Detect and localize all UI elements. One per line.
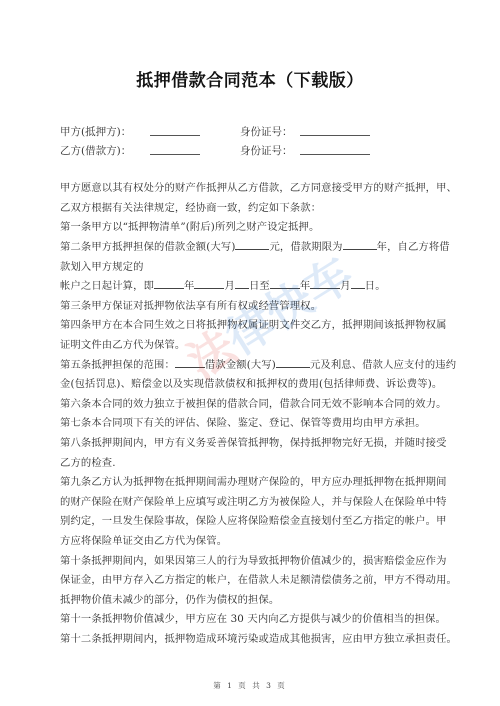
clause-3: 第三条甲方保证对抵押物依法享有所有权或经营管理权。 <box>60 297 321 312</box>
clause-10-line-3: 抵押物价值未减少的部分，仍作为债权的担保。 <box>60 591 279 606</box>
document-title: 抵押借款合同范本（下载版） <box>0 66 500 91</box>
clause-5-line-1: 第五条抵押担保的范围：借款金额(大写)元及利息、借款人应支付的违约 <box>60 356 456 371</box>
year-label-2: 年 <box>300 280 310 292</box>
scope-amount-blank[interactable] <box>276 357 310 368</box>
clause-9-line-3: 别约定，一旦发生保险事故，保险人应将保险赔偿金直接划付至乙方指定的帐户。甲 <box>60 512 447 527</box>
preamble-line-2: 乙双方根据有关法律规定，经协商一致，约定如下条款： <box>60 199 321 214</box>
month-label: 月 <box>224 280 234 292</box>
page-number: 第 1 页 共 3 页 <box>0 680 500 691</box>
clause-2-line-2: 款划入甲方规定的 <box>60 258 144 273</box>
party-a-id-label: 身份证号： <box>240 124 293 139</box>
clause-10-line-1: 第十条抵押期间内，如果因第三人的行为导致抵押物价值减少的，损害赔偿金应作为 <box>60 552 447 567</box>
clause-5-text-c: 元及利息、借款人应支付的违约 <box>310 359 456 371</box>
clause-5-line-2: 金(包括罚息)、赔偿金以及实现借款债权和抵押权的费用(包括律师费、诉讼费等)。 <box>60 375 442 390</box>
start-year-blank[interactable] <box>154 278 184 289</box>
clause-5-text-a: 第五条抵押担保的范围： <box>60 359 175 371</box>
clause-1: 第一条甲方以“抵押物清单”(附后)所列之财产设定抵押。 <box>60 218 319 233</box>
clause-2-text-c: 年，自乙方将借 <box>377 241 450 253</box>
clause-9-line-2: 的财产保险在财产保险单上应填写或注明乙方为被保险人，并与保险人在保险单中特 <box>60 493 447 508</box>
month-label-2: 月 <box>340 280 350 292</box>
clause-11: 第十一条抵押物价值减少，甲方应在 30 天内向乙方提供与减少的价值相当的担保。 <box>60 610 446 625</box>
clause-2-line-1: 第二条甲方抵押担保的借款金额(大写)元，借款期限为年，自乙方将借 <box>60 238 450 253</box>
loan-term-blank[interactable] <box>343 239 377 250</box>
party-a-label: 甲方(抵押方)： <box>60 124 131 139</box>
clause-5-text-b: 借款金额(大写) <box>205 359 276 371</box>
preamble-line-1: 甲方愿意以其有权处分的财产作抵押从乙方借款，乙方同意接受甲方的财产抵押，甲、 <box>60 179 457 194</box>
clause-12: 第十二条抵押期间内，抵押物造成环境污染或造成其他损害，应由甲方独立承担责任。 <box>60 630 457 645</box>
day-label-2: 日。 <box>365 280 386 292</box>
party-a-id-field[interactable] <box>300 124 370 136</box>
end-day-blank[interactable] <box>351 278 365 289</box>
clause-4-line-2: 证明文件由乙方代为保管。 <box>60 336 185 351</box>
clause-9-line-4: 方应将保险单证交由乙方代为保管。 <box>60 532 227 547</box>
loan-amount-blank[interactable] <box>235 239 269 250</box>
clause-10-line-2: 保证金，由甲方存入乙方指定的帐户，在借款人未足额清偿债务之前，甲方不得动用。 <box>60 571 457 586</box>
day-to-label: 日至 <box>249 280 270 292</box>
start-day-blank[interactable] <box>235 278 249 289</box>
clause-4-line-1: 第四条甲方在本合同生效之日将抵押物权属证明文件交乙方，抵押期间该抵押物权属 <box>60 316 447 331</box>
party-b-id-field[interactable] <box>300 143 370 155</box>
party-b-label: 乙方(借款方)： <box>60 143 131 158</box>
party-b-id-label: 身份证号： <box>240 143 293 158</box>
clause-7: 第七条本合同项下有关的评估、保险、鉴定、登记、保管等费用均由甲方承担。 <box>60 414 426 429</box>
clause-2-line-3: 帐户之日起计算，即年月日至年月日。 <box>60 277 386 292</box>
start-month-blank[interactable] <box>194 278 224 289</box>
clause-2-text-a: 第二条甲方抵押担保的借款金额(大写) <box>60 241 235 253</box>
scope-blank[interactable] <box>175 357 205 368</box>
year-label: 年 <box>184 280 194 292</box>
clause-8-line-1: 第八条抵押期间内，甲方有义务妥善保管抵押物，保持抵押物完好无损，并随时接受 <box>60 434 447 449</box>
party-a-name-field[interactable] <box>150 124 200 136</box>
clause-6: 第六条本合同的效力独立于被担保的借款合同，借款合同无效不影响本合同的效力。 <box>60 395 447 410</box>
end-year-blank[interactable] <box>270 278 300 289</box>
party-b-name-field[interactable] <box>150 143 200 155</box>
end-month-blank[interactable] <box>310 278 340 289</box>
clause-8-line-2: 乙方的检查. <box>60 454 116 469</box>
clause-9-line-1: 第九条乙方认为抵押物在抵押期间需办理财产保险的，甲方应办理抵押物在抵押期间 <box>60 473 447 488</box>
clause-2-text-b: 元，借款期限为 <box>269 241 342 253</box>
clause-2-text-d: 帐户之日起计算，即 <box>60 280 154 292</box>
